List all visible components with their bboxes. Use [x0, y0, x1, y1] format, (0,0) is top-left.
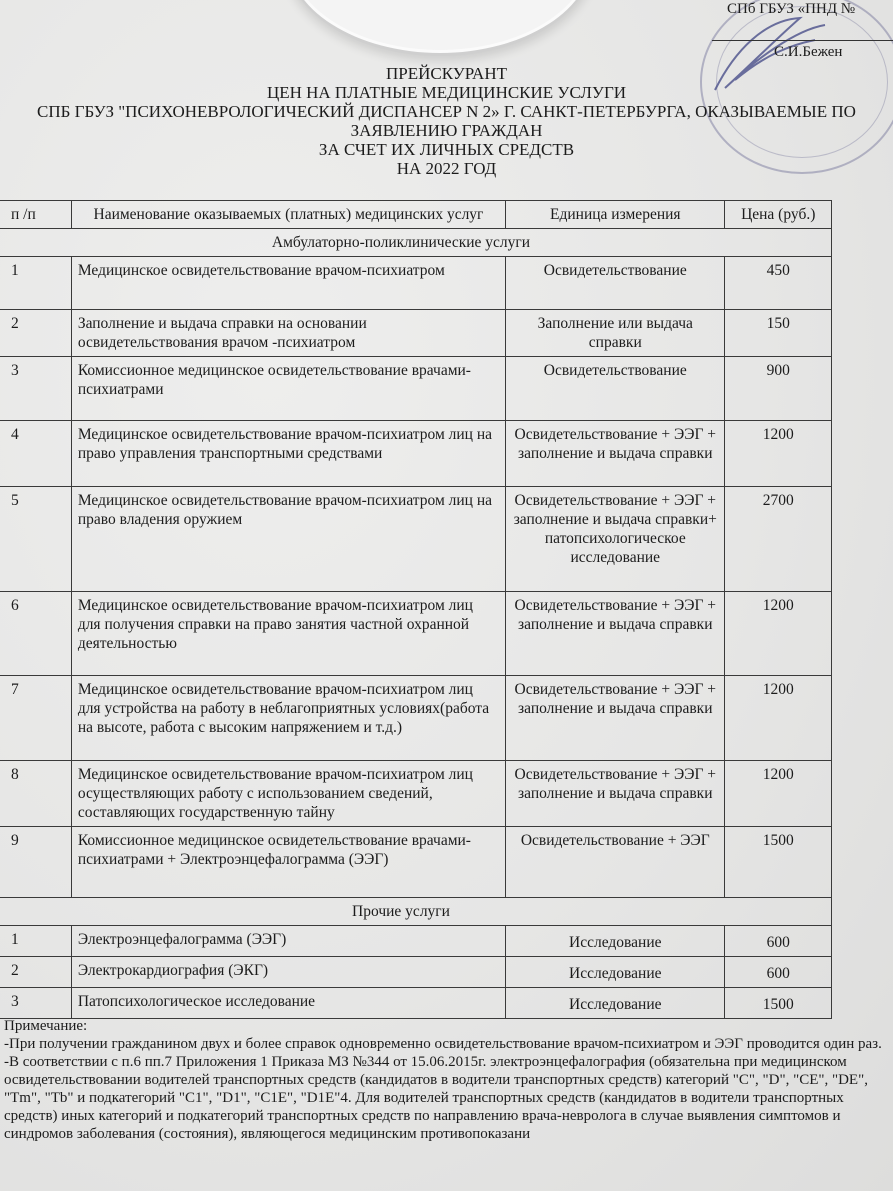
row-price: 2700: [725, 487, 832, 592]
row-price: 150: [725, 310, 832, 357]
table-row: 4 Медицинское освидетельствование врачом…: [0, 421, 832, 487]
row-unit: Освидетельствование + ЭЭГ + заполнение и…: [506, 487, 725, 592]
notes-heading: Примечание:: [4, 1017, 889, 1035]
row-num: 2: [0, 957, 71, 988]
document-page: СПб ГБУЗ «ПНД № С.И.Бежен ПРЕЙСКУРАНТ ЦЕ…: [0, 0, 893, 1191]
row-name: Медицинское освидетельствование врачом-п…: [71, 761, 505, 827]
row-price: 1200: [725, 421, 832, 487]
ceiling-lamp-reflection: [290, 0, 590, 50]
title-line: ПРЕЙСКУРАНТ: [0, 64, 893, 83]
table-header-row: п /п Наименование оказываемых (платных) …: [0, 201, 832, 229]
row-price: 900: [725, 357, 832, 421]
title-line: НА 2022 ГОД: [0, 159, 893, 178]
row-num: 1: [0, 926, 71, 957]
row-num: 5: [0, 487, 71, 592]
row-num: 3: [0, 988, 71, 1019]
price-table: п /п Наименование оказываемых (платных) …: [0, 200, 832, 1019]
row-unit: Освидетельствование + ЭЭГ + заполнение и…: [506, 421, 725, 487]
row-num: 3: [0, 357, 71, 421]
row-name: Медицинское освидетельствование врачом-п…: [71, 257, 505, 310]
table-row: 8 Медицинское освидетельствование врачом…: [0, 761, 832, 827]
row-name: Медицинское освидетельствование врачом-п…: [71, 592, 505, 676]
row-price: 1500: [725, 988, 832, 1019]
table-row: 2 Заполнение и выдача справки на основан…: [0, 310, 832, 357]
section-title: Прочие услуги: [0, 898, 832, 926]
title-line: ЗАЯВЛЕНИЮ ГРАЖДАН: [0, 121, 893, 140]
row-unit: Заполнение или выдача справки: [506, 310, 725, 357]
table-row: 7 Медицинское освидетельствование врачом…: [0, 676, 832, 761]
approval-organization: СПб ГБУЗ «ПНД №: [727, 0, 855, 18]
row-num: 6: [0, 592, 71, 676]
section-row: Прочие услуги: [0, 898, 832, 926]
row-name: Комиссионное медицинское освидетельствов…: [71, 827, 505, 898]
row-name: Патопсихологическое исследование: [71, 988, 505, 1019]
row-num: 9: [0, 827, 71, 898]
header-price: Цена (руб.): [725, 201, 832, 229]
table-row: 1 Медицинское освидетельствование врачом…: [0, 257, 832, 310]
signature-line: [712, 40, 893, 41]
row-unit: Освидетельствование: [506, 357, 725, 421]
table-row: 2 Электрокардиография (ЭКГ) Исследование…: [0, 957, 832, 988]
row-name: Электроэнцефалограмма (ЭЭГ): [71, 926, 505, 957]
row-num: 2: [0, 310, 71, 357]
header-name: Наименование оказываемых (платных) медиц…: [71, 201, 505, 229]
row-num: 8: [0, 761, 71, 827]
row-name: Электрокардиография (ЭКГ): [71, 957, 505, 988]
row-unit: Освидетельствование + ЭЭГ + заполнение и…: [506, 761, 725, 827]
table-row: 5 Медицинское освидетельствование врачом…: [0, 487, 832, 592]
row-num: 4: [0, 421, 71, 487]
row-name: Комиссионное медицинское освидетельствов…: [71, 357, 505, 421]
row-unit: Исследование: [506, 957, 725, 988]
table-row: 6 Медицинское освидетельствование врачом…: [0, 592, 832, 676]
row-name: Медицинское освидетельствование врачом-п…: [71, 421, 505, 487]
row-unit: Освидетельствование: [506, 257, 725, 310]
row-name: Медицинское освидетельствование врачом-п…: [71, 487, 505, 592]
notes-block: Примечание: -При получении гражданином д…: [4, 1017, 889, 1143]
row-price: 600: [725, 926, 832, 957]
row-price: 1200: [725, 676, 832, 761]
row-unit: Освидетельствование + ЭЭГ + заполнение и…: [506, 592, 725, 676]
row-name: Медицинское освидетельствование врачом-п…: [71, 676, 505, 761]
row-num: 7: [0, 676, 71, 761]
row-num: 1: [0, 257, 71, 310]
table-row: 3 Патопсихологическое исследование Иссле…: [0, 988, 832, 1019]
row-price: 1200: [725, 761, 832, 827]
section-title: Амбулаторно-поликлинические услуги: [0, 229, 832, 257]
title-line: ЗА СЧЕТ ИХ ЛИЧНЫХ СРЕДСТВ: [0, 140, 893, 159]
table-row: 9 Комиссионное медицинское освидетельств…: [0, 827, 832, 898]
row-price: 1200: [725, 592, 832, 676]
title-line: СПБ ГБУЗ "ПСИХОНЕВРОЛОГИЧЕСКИЙ ДИСПАНСЕР…: [0, 102, 893, 121]
document-title: ПРЕЙСКУРАНТ ЦЕН НА ПЛАТНЫЕ МЕДИЦИНСКИЕ У…: [0, 64, 893, 178]
row-unit: Освидетельствование + ЭЭГ: [506, 827, 725, 898]
row-unit: Исследование: [506, 926, 725, 957]
row-unit: Исследование: [506, 988, 725, 1019]
row-price: 450: [725, 257, 832, 310]
note-item: -При получении гражданином двух и более …: [4, 1035, 889, 1053]
approval-signatory: С.И.Бежен: [774, 43, 842, 61]
table-row: 3 Комиссионное медицинское освидетельств…: [0, 357, 832, 421]
row-price: 1500: [725, 827, 832, 898]
row-price: 600: [725, 957, 832, 988]
note-item: -В соответствии с п.6 пп.7 Приложения 1 …: [4, 1053, 889, 1143]
row-unit: Освидетельствование + ЭЭГ + заполнение и…: [506, 676, 725, 761]
section-row: Амбулаторно-поликлинические услуги: [0, 229, 832, 257]
header-num: п /п: [0, 201, 71, 229]
row-name: Заполнение и выдача справки на основании…: [71, 310, 505, 357]
title-line: ЦЕН НА ПЛАТНЫЕ МЕДИЦИНСКИЕ УСЛУГИ: [0, 83, 893, 102]
header-unit: Единица измерения: [506, 201, 725, 229]
table-row: 1 Электроэнцефалограмма (ЭЭГ) Исследован…: [0, 926, 832, 957]
